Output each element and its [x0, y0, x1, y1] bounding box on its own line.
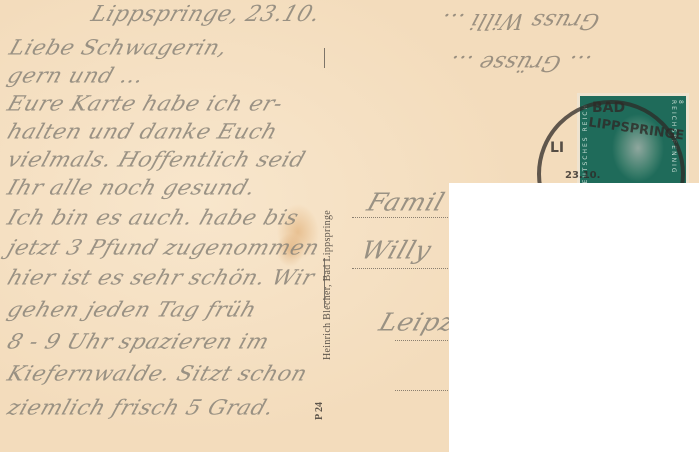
date-line: Lippspringe, 23.10.	[88, 2, 324, 27]
blank-overlay	[449, 183, 699, 452]
message-line: jetzt 3 Pfund zugenommen	[4, 237, 322, 261]
upside-down-line: Gruss Willi ...	[346, 8, 694, 33]
postmark-date: 23.10.	[565, 170, 600, 181]
postmark-text: BAD	[592, 100, 625, 116]
message-line: halten und danke Euch	[4, 121, 280, 145]
address-line	[352, 268, 452, 269]
divider-line	[324, 48, 325, 68]
message-line: vielmals. Hoffentlich seid	[4, 149, 308, 173]
message-line: ziemlich frisch 5 Grad.	[4, 397, 277, 421]
message-line: hier ist es sehr schön. Wir	[4, 267, 317, 291]
message-line: Ihr alle noch gesund.	[4, 177, 258, 201]
message-line: 8 - 9 Uhr spazieren im	[4, 331, 272, 355]
address-line-text: Leipz	[375, 309, 458, 338]
message-line: gehen jeden Tag früh	[4, 299, 259, 323]
message-line: Ich bin es auch. habe bis	[4, 207, 302, 231]
message-line: Liebe Schwagerin,	[6, 37, 230, 61]
address-line-text: Famil	[363, 189, 448, 218]
address-line	[395, 390, 452, 391]
postcard: Lippspringe, 23.10. Liebe Schwagerin, ge…	[0, 0, 699, 452]
message-line: gern und ...	[4, 65, 147, 89]
card-number: P 24	[314, 402, 325, 420]
address-line	[395, 340, 452, 341]
address-line-text: Willy	[357, 237, 435, 266]
message-line: Kiefernwalde. Sitzt schon	[4, 363, 310, 387]
upside-down-line: ... Grüsse ...	[346, 50, 694, 75]
message-line: Eure Karte habe ich er-	[4, 93, 286, 117]
postmark-text: LI	[550, 140, 564, 156]
printer-imprint: Heinrich Blecher, Bad Lippspringe	[322, 210, 333, 360]
